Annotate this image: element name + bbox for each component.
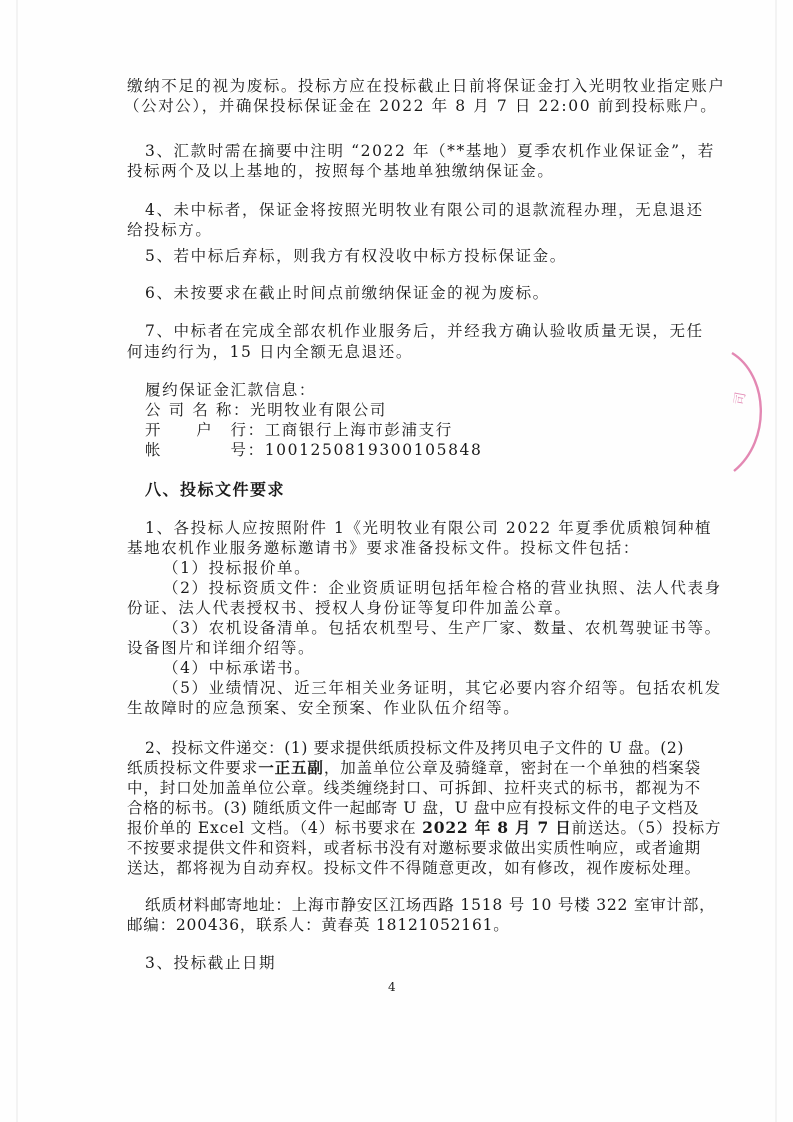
- item-3-line: 投标两个及以上基地的，按照每个基地单独缴纳保证金。: [127, 161, 555, 181]
- sub-item-2-line: （2）投标资质文件：企业资质证明包括年检合格的营业执照、法人代表身: [163, 578, 722, 598]
- sub-item-5-line: 生故障时的应急预案、安全预案、作业队伍介绍等。: [127, 698, 520, 718]
- section8-item2-line: 不按要求提供文件和资料，或者标书没有对邀标要求做出实质性响应，或者逾期: [127, 838, 701, 858]
- section8-item2-line: 合格的标书。(3) 随纸质文件一起邮寄 U 盘，U 盘中应有投标文件的电子文档及: [127, 798, 699, 818]
- account-value: 1001250819300105848: [265, 441, 483, 459]
- sub-item-3-line: （3）农机设备清单。包括农机型号、生产厂家、数量、农机驾驶证书等。: [163, 618, 722, 638]
- mailing-address-line: 邮编：200436，联系人：黄春英 18121052161。: [127, 915, 510, 935]
- item-7-line: 7、中标者在完成全部农机作业服务后，并经我方确认验收质量无误，无任: [145, 321, 704, 341]
- scan-edge-left: [16, 0, 18, 1122]
- section8-item1-line: 1、各投标人应按照附件 1《光明牧业有限公司 2022 年夏季优质粮饲种植: [145, 518, 712, 538]
- text-run: ，加盖单位公章及骑缝章，密封在一个单独的档案袋: [324, 759, 701, 777]
- bank-label: 开 户 行：: [145, 420, 265, 440]
- section8-item3-heading: 3、投标截止日期: [145, 953, 276, 973]
- sub-item-2-line: 份证、法人代表授权书、授权人身份证等复印件加盖公章。: [127, 598, 572, 618]
- sub-item-4: （4）中标承诺书。: [163, 658, 311, 678]
- section8-item2-line: 2、投标文件递交：(1) 要求提供纸质投标文件及拷贝电子文件的 U 盘。(2): [145, 738, 684, 758]
- section8-item2-line: 中，封口处加盖单位公章。线类缠绕封口、可拆卸、拉杆夹式的标书，都视为不: [127, 778, 701, 798]
- section8-item2-line: 纸质投标文件要求一正五副，加盖单位公章及骑缝章，密封在一个单独的档案袋: [127, 758, 701, 778]
- sub-item-1: （1）投标报价单。: [163, 558, 311, 578]
- svg-text:司: 司: [732, 391, 749, 406]
- paragraph-line: 缴纳不足的视为废标。投标方应在投标截止日前将保证金打入光明牧业指定账户: [127, 76, 726, 96]
- remittance-title: 履约保证金汇款信息：: [145, 380, 316, 400]
- section8-item2-line: 送达，都将视为自动弃权。投标文件不得随意更改，如有修改，视作废标处理。: [127, 858, 701, 878]
- bold-text-run: 2022 年 8 月 7 日: [422, 818, 571, 837]
- company-value: 光明牧业有限公司: [250, 401, 387, 419]
- scan-edge-right: [775, 0, 777, 1122]
- bold-text-run: 一正五副: [258, 758, 324, 777]
- item-3-line: 3、汇款时需在摘要中注明 “2022 年（**基地）夏季农机作业保证金”，若: [145, 141, 715, 161]
- paragraph-line: （公对公），并确保投标保证金在 2022 年 8 月 7 日 22:00 前到投…: [124, 96, 717, 116]
- item-7-line: 何违约行为，15 日内全额无息退还。: [127, 342, 413, 362]
- text-run: 报价单的 Excel 文档。（4）标书要求在: [127, 819, 422, 837]
- remittance-company-row: 公 司 名 称：光明牧业有限公司: [145, 400, 387, 420]
- mailing-address-line: 纸质材料邮寄地址：上海市静安区江场西路 1518 号 10 号楼 322 室审计…: [145, 895, 715, 915]
- section8-item1-line: 基地农机作业服务邀标邀请书》要求准备投标文件。投标文件包括：: [127, 538, 640, 558]
- item-4-line: 4、未中标者，保证金将按照光明牧业有限公司的退款流程办理，无息退还: [145, 200, 704, 220]
- remittance-account-row: 帐 号：1001250819300105848: [145, 440, 482, 460]
- item-6-line: 6、未按要求在截止时间点前缴纳保证金的视为废标。: [145, 283, 550, 303]
- remittance-bank-row: 开 户 行：工商银行上海市彭浦支行: [145, 420, 453, 440]
- company-stamp-icon: 司: [728, 345, 788, 475]
- item-5-line: 5、若中标后弃标，则我方有权没收中标方投标保证金。: [145, 246, 567, 266]
- company-label: 公 司 名 称：: [145, 400, 250, 420]
- account-label: 帐 号：: [145, 440, 265, 460]
- section-heading: 八、投标文件要求: [145, 480, 285, 500]
- section8-item2-line: 报价单的 Excel 文档。（4）标书要求在 2022 年 8 月 7 日前送达…: [127, 818, 721, 838]
- text-run: 前送达。（5）投标方: [572, 819, 722, 837]
- bank-value: 工商银行上海市彭浦支行: [265, 421, 453, 439]
- page-number: 4: [388, 980, 396, 994]
- item-4-line: 给投标方。: [127, 220, 213, 240]
- sub-item-3-line: 设备图片和详细介绍等。: [127, 638, 315, 658]
- document-page: 缴纳不足的视为废标。投标方应在投标截止日前将保证金打入光明牧业指定账户 （公对公…: [0, 0, 793, 1122]
- sub-item-5-line: （5）业绩情况、近三年相关业务证明，其它必要内容介绍等。包括农机发: [163, 678, 722, 698]
- text-run: 纸质投标文件要求: [127, 759, 258, 777]
